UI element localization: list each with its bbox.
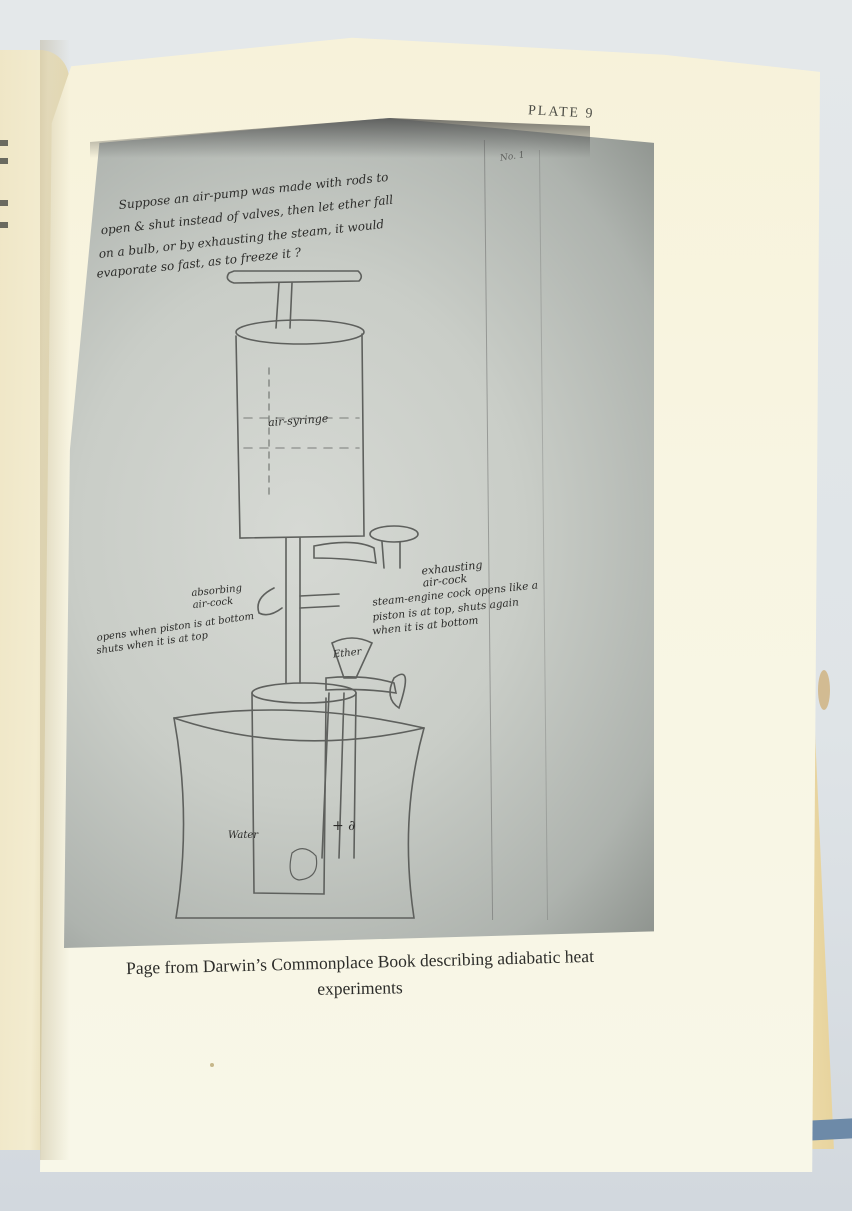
left-page-text-fragment — [0, 158, 8, 164]
label-water: Water — [228, 830, 258, 841]
left-page-text-fragment — [0, 200, 8, 206]
cover-stain — [818, 670, 830, 710]
label-symbol: + ∂ — [332, 818, 355, 834]
paper-spot — [210, 1063, 214, 1067]
left-page-text-fragment — [0, 222, 8, 228]
left-page-text-fragment — [0, 140, 8, 146]
